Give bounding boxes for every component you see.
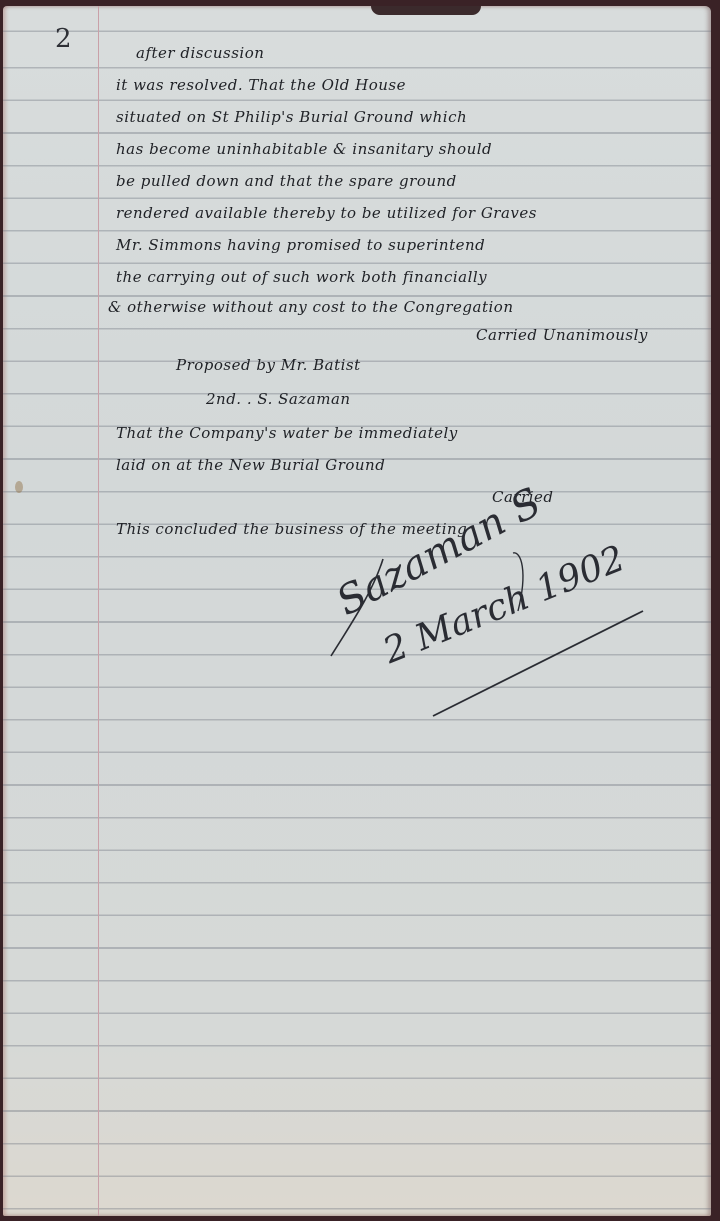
handwritten-line: situated on St Philip's Burial Ground wh…	[116, 108, 467, 126]
page-number: 2	[55, 24, 72, 54]
signature-block: Sazaman S 2 March 1902	[323, 541, 653, 731]
handwritten-line: That the Company's water be immediately	[116, 424, 458, 442]
handwritten-line: laid on at the New Burial Ground	[116, 456, 385, 474]
handwritten-line: & otherwise without any cost to the Cong…	[108, 298, 514, 316]
handwritten-line: be pulled down and that the spare ground	[116, 172, 457, 190]
handwritten-line: 2nd. . S. Sazaman	[206, 390, 351, 408]
margin-rule	[98, 6, 99, 1216]
handwritten-line: Carried Unanimously	[476, 326, 648, 344]
handwritten-line: Mr. Simmons having promised to superinte…	[116, 236, 485, 254]
handwritten-line: has become uninhabitable & insanitary sh…	[116, 140, 492, 158]
handwritten-line: the carrying out of such work both finan…	[116, 268, 487, 286]
handwritten-line: it was resolved. That the Old House	[116, 76, 406, 94]
handwritten-line: after discussion	[136, 44, 264, 62]
ledger-page: 2 after discussionit was resolved. That …	[3, 6, 711, 1216]
handwritten-line: Proposed by Mr. Batist	[176, 356, 361, 374]
handwritten-line: rendered available thereby to be utilize…	[116, 204, 537, 222]
paper-stain	[15, 481, 23, 493]
handwritten-line: This concluded the business of the meeti…	[116, 520, 467, 538]
